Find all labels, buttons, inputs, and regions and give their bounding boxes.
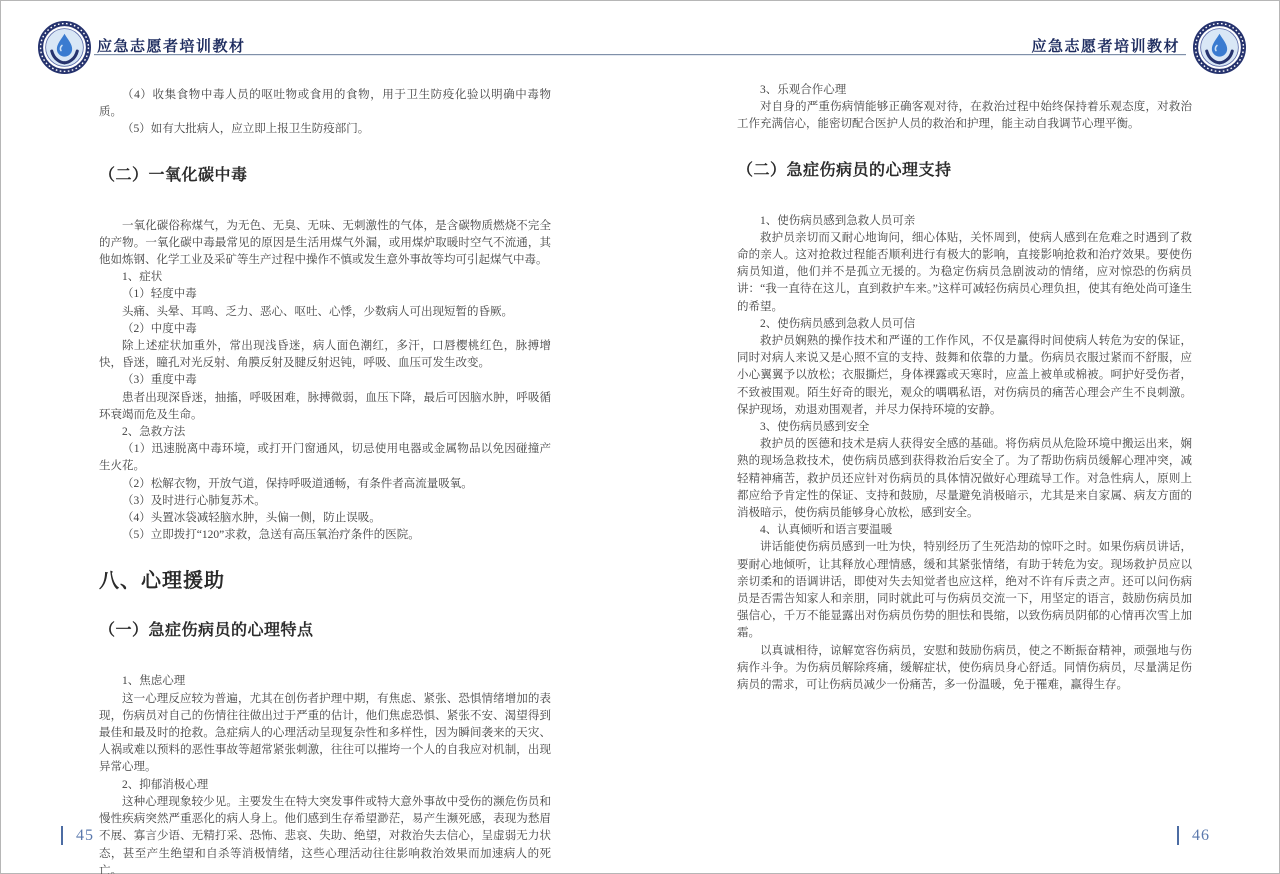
paragraph: （1）迅速脱离中毒环境，或打开门窗通风，切忌使用电器或金属物品以免因碰撞产生火花… bbox=[99, 441, 551, 475]
paragraph: 3、乐观合作心理 bbox=[737, 82, 1192, 99]
paragraph: 1、症状 bbox=[99, 269, 551, 286]
section-heading: （一）急症伤病员的心理特点 bbox=[99, 620, 551, 642]
paragraph: （2）松解衣物，开放气道，保持呼吸道通畅，有条件者高流量吸氧。 bbox=[99, 476, 551, 493]
paragraph: （5）如有大批病人，应立即上报卫生防疫部门。 bbox=[99, 121, 551, 138]
page-number-value: 46 bbox=[1192, 827, 1210, 845]
page-number-value: 45 bbox=[76, 827, 94, 845]
page-number-bar bbox=[61, 826, 63, 845]
paragraph: （4）收集食物中毒人员的呕吐物或食用的食物，用于卫生防疫化验以明确中毒物质。 bbox=[99, 87, 551, 121]
header-rule bbox=[94, 54, 1186, 55]
paragraph: 4、认真倾听和语言要温暖 bbox=[737, 522, 1192, 539]
paragraph: 救护员娴熟的操作技术和严谨的工作作风，不仅是赢得时间使病人转危为安的保证，同时对… bbox=[737, 333, 1192, 419]
page-number-bar bbox=[1177, 826, 1179, 845]
paragraph: 1、使伤病员感到急救人员可亲 bbox=[737, 213, 1192, 230]
paragraph: 2、使伤病员感到急救人员可信 bbox=[737, 316, 1192, 333]
paragraph: 讲话能使伤病员感到一吐为快，特别经历了生死浩劫的惊吓之时。如果伤病员讲话，要耐心… bbox=[737, 539, 1192, 642]
paragraph: （2）中度中毒 bbox=[99, 321, 551, 338]
paragraph: 救护员亲切而又耐心地询问，细心体贴，关怀周到，使病人感到在危难之时遇到了救命的亲… bbox=[737, 230, 1192, 316]
page-number-left: 45 bbox=[61, 826, 94, 845]
paragraph: 这一心理反应较为普遍，尤其在创伤者护理中期，有焦虑、紧张、恐惧情绪增加的表现，伤… bbox=[99, 691, 551, 777]
paragraph: （5）立即拨打“120”求救，急送有高压氧治疗条件的医院。 bbox=[99, 527, 551, 544]
volunteer-emblem-icon bbox=[1193, 21, 1246, 74]
paragraph: 头痛、头晕、耳鸣、乏力、恶心、呕吐、心悸，少数病人可出现短暂的昏厥。 bbox=[99, 304, 551, 321]
paragraph: 救护员的医德和技术是病人获得安全感的基础。将伤病员从危险环境中搬运出来，娴熟的现… bbox=[737, 436, 1192, 522]
page-45-content: （4）收集食物中毒人员的呕吐物或食用的食物，用于卫生防疫化验以明确中毒物质。（5… bbox=[99, 87, 551, 874]
paragraph: 对自身的严重伤病情能够正确客观对待，在救治过程中始终保持着乐观态度，对救治工作充… bbox=[737, 99, 1192, 133]
paragraph: （3）重度中毒 bbox=[99, 372, 551, 389]
paragraph: 以真诚相待，谅解宽容伤病员，安慰和鼓励伤病员，使之不断振奋精神，顽强地与伤病作斗… bbox=[737, 643, 1192, 695]
paragraph: 3、使伤病员感到安全 bbox=[737, 419, 1192, 436]
paragraph: （3）及时进行心肺复苏术。 bbox=[99, 493, 551, 510]
paragraph: 2、抑郁消极心理 bbox=[99, 777, 551, 794]
section-heading: （二）急症伤病员的心理支持 bbox=[737, 160, 1192, 182]
paragraph: 患者出现深昏迷，抽搐，呼吸困难，脉搏微弱，血压下降，最后可因脑水肿，呼吸循环衰竭… bbox=[99, 390, 551, 424]
paragraph: 这种心理现象较少见。主要发生在特大突发事件或特大意外事故中受伤的濒危伤员和慢性疾… bbox=[99, 794, 551, 874]
paragraph: 一氧化碳俗称煤气，为无色、无臭、无味、无刺激性的气体，是含碳物质燃烧不完全的产物… bbox=[99, 218, 551, 270]
paragraph: 2、急救方法 bbox=[99, 424, 551, 441]
paragraph: （4）头置冰袋减轻脑水肿，头偏一侧，防止误吸。 bbox=[99, 510, 551, 527]
section-heading: （二）一氧化碳中毒 bbox=[99, 165, 551, 187]
volunteer-emblem-icon bbox=[38, 21, 91, 74]
header-title-right: 应急志愿者培训教材 bbox=[1031, 35, 1180, 56]
header-title-left: 应急志愿者培训教材 bbox=[97, 35, 246, 56]
paragraph: 1、焦虑心理 bbox=[99, 673, 551, 690]
page-46-content: 3、乐观合作心理对自身的严重伤病情能够正确客观对待，在救治过程中始终保持着乐观态… bbox=[737, 82, 1192, 694]
chapter-heading: 八、心理援助 bbox=[99, 568, 551, 594]
paragraph: （1）轻度中毒 bbox=[99, 286, 551, 303]
page-number-right: 46 bbox=[1177, 826, 1210, 845]
paragraph: 除上述症状加重外，常出现浅昏迷，病人面色潮红，多汗，口唇樱桃红色，脉搏增快，昏迷… bbox=[99, 338, 551, 372]
